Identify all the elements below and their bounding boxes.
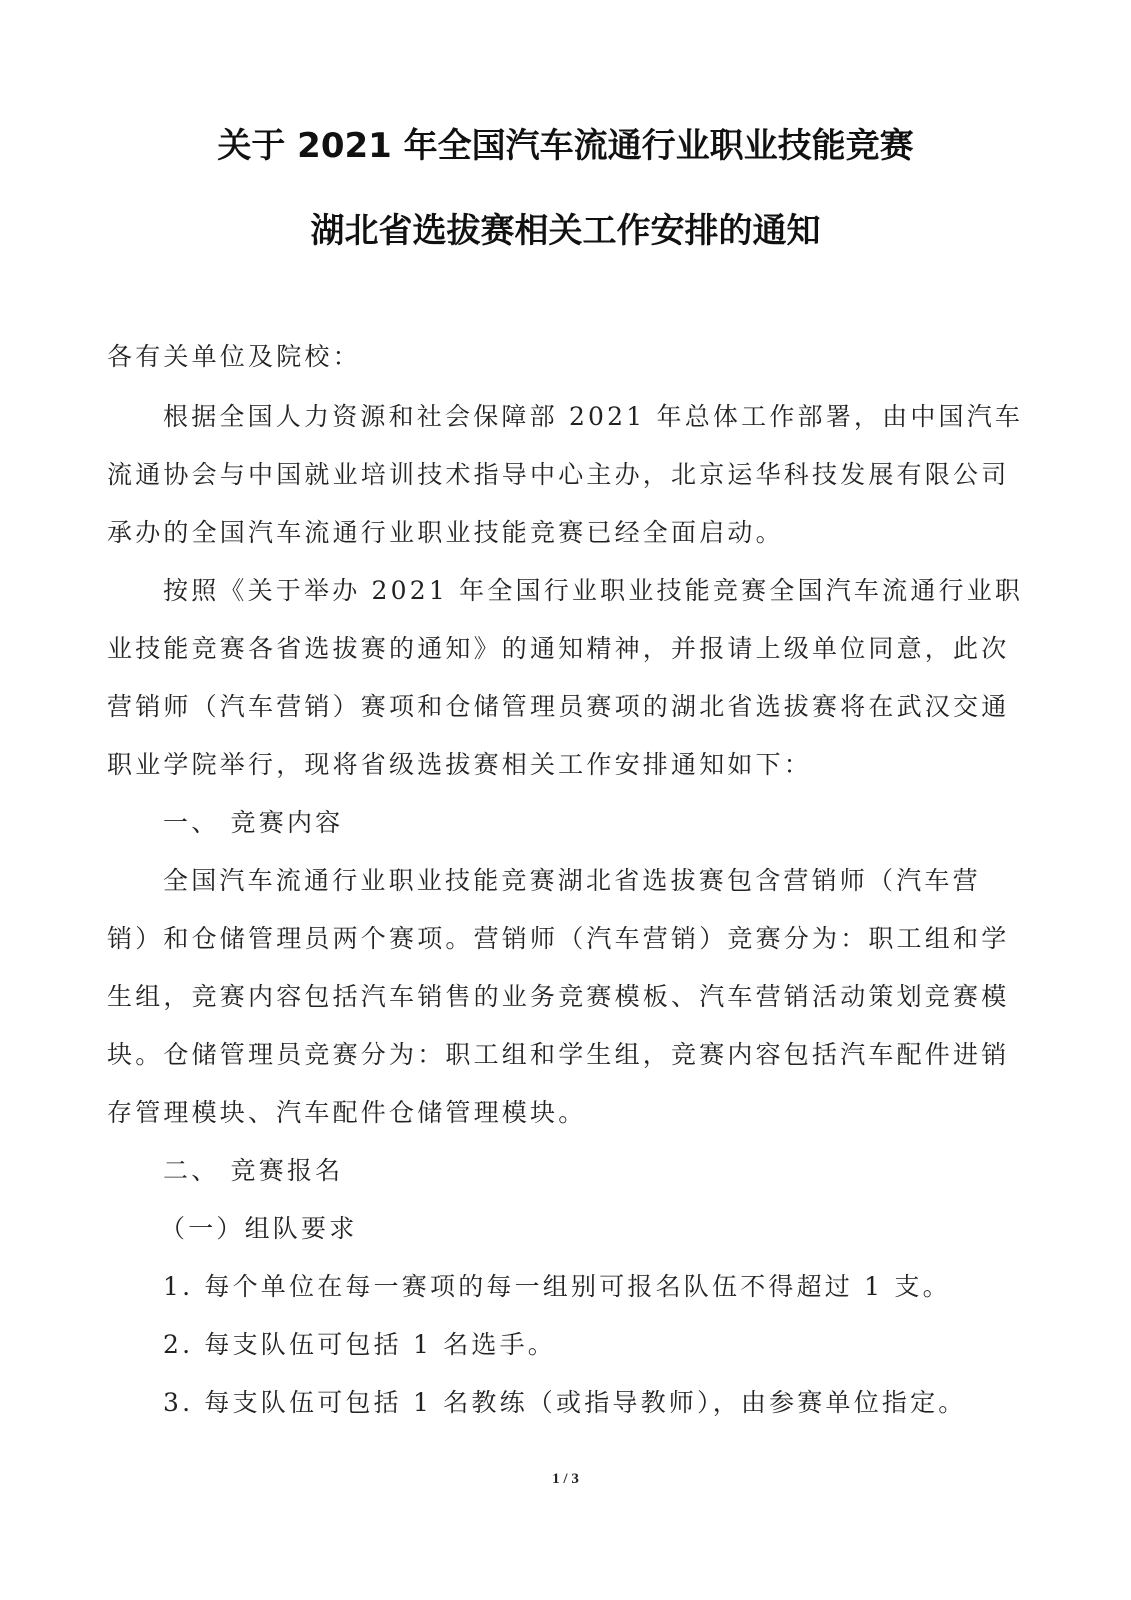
rule-item: 3. 每支队伍可包括 1 名教练（或指导教师），由参赛单位指定。 (163, 1383, 967, 1419)
paragraph-2-line: 按照《关于举办 2021 年全国行业职业技能竞赛全国汽车流通行业职 (163, 571, 1023, 607)
page-number: 1 / 3 (0, 1471, 1131, 1488)
section-1-heading: 一、 竞赛内容 (163, 803, 343, 839)
rule-item: 1. 每个单位在每一赛项的每一组别可报名队伍不得超过 1 支。 (163, 1267, 951, 1303)
document-title-line-1: 关于 2021 年全国汽车流通行业职业技能竞赛 (0, 118, 1131, 167)
section-1-line: 存管理模块、汽车配件仓储管理模块。 (107, 1093, 586, 1129)
paragraph-2-line: 营销师（汽车营销）赛项和仓储管理员赛项的湖北省选拔赛将在武汉交通 (107, 687, 1009, 723)
section-1-line: 生组，竞赛内容包括汽车销售的业务竞赛模板、汽车营销活动策划竞赛模 (107, 977, 1009, 1013)
section-1-line: 销）和仓储管理员两个赛项。营销师（汽车营销）竞赛分为：职工组和学 (107, 919, 1009, 955)
paragraph-2-line: 职业学院举行，现将省级选拔赛相关工作安排通知如下： (107, 745, 812, 781)
paragraph-1-line: 根据全国人力资源和社会保障部 2021 年总体工作部署，由中国汽车 (163, 397, 1023, 433)
paragraph-2-line: 业技能竞赛各省选拔赛的通知》的通知精神，并报请上级单位同意，此次 (107, 629, 1009, 665)
paragraph-1-line: 流通协会与中国就业培训技术指导中心主办，北京运华科技发展有限公司 (107, 455, 1009, 491)
paragraph-1-line: 承办的全国汽车流通行业职业技能竞赛已经全面启动。 (107, 513, 784, 549)
section-1-line: 全国汽车流通行业职业技能竞赛湖北省选拔赛包含营销师（汽车营 (163, 861, 981, 897)
section-1-line: 块。仓储管理员竞赛分为：职工组和学生组，竞赛内容包括汽车配件进销 (107, 1035, 1009, 1071)
rule-item: 2. 每支队伍可包括 1 名选手。 (163, 1325, 556, 1361)
subsection-1-heading: （一）组队要求 (160, 1209, 357, 1245)
document-title-line-2: 湖北省选拔赛相关工作安排的通知 (0, 203, 1131, 252)
salutation: 各有关单位及院校： (107, 337, 361, 373)
section-2-heading: 二、 竞赛报名 (163, 1151, 343, 1187)
